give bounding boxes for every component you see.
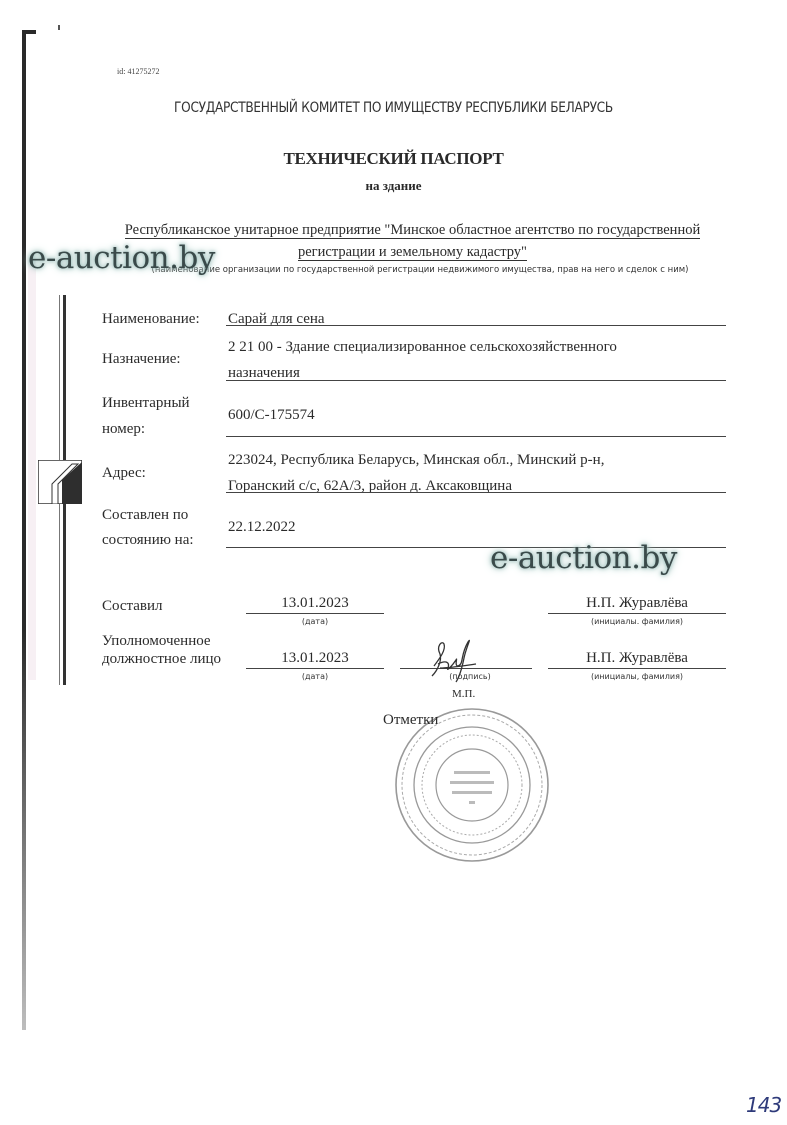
signature-caption: (подпись) [420,672,520,681]
document-id: id: 41275272 [117,67,159,76]
purpose-underline [226,380,726,381]
watermark: e-auction.by [490,540,677,576]
name-label: Наименование: [102,308,200,331]
organization-caption: (наименование организации по государстве… [140,265,700,275]
name-value: Сарай для сена [228,308,325,331]
address-label: Адрес: [102,462,146,485]
address-value-line-1: 223024, Республика Беларусь, Минская обл… [228,449,604,472]
authorized-name: Н.П. Журавлёва [548,650,726,667]
compiled-name-line [548,613,726,614]
scan-mark [58,25,60,30]
watermark: e-auction.by [28,240,215,276]
purpose-label: Назначение: [102,348,181,371]
compiled-label: Составил [102,595,163,618]
state-date-label-line-1: Составлен по [102,504,188,527]
page-number: 143 [746,1093,781,1117]
state-date-value: 22.12.2022 [228,516,296,539]
agency-logo-icon [38,460,82,504]
compiled-name-caption: (инициалы. фамилия) [548,617,726,626]
marks-label: Отметки [383,712,438,729]
authorized-date-line [246,668,384,669]
inventory-label-line-1: Инвентарный [102,392,190,415]
document-subtitle: на здание [0,178,787,194]
inventory-underline [226,436,726,437]
authorized-name-caption: (инициалы, фамилия) [548,672,726,681]
compiled-date: 13.01.2023 [246,595,384,612]
organization-text-2: регистрации и земельному кадастру" [298,244,527,261]
purpose-value-line-2: назначения [228,362,300,385]
committee-name: ГОСУДАРСТВЕННЫЙ КОМИТЕТ ПО ИМУЩЕСТВУ РЕС… [28,100,760,116]
official-seal-icon [392,705,552,865]
seal-label: М.П. [452,688,475,700]
organization-text-1: Республиканское унитарное предприятие "М… [125,222,700,239]
frame-border-top [22,30,36,34]
compiled-name: Н.П. Журавлёва [548,595,726,612]
authorized-date-caption: (дата) [246,672,384,681]
inventory-label-line-2: номер: [102,418,145,441]
authorized-name-line [548,668,726,669]
address-underline [226,492,726,493]
authorized-label-line-1: Уполномоченное [102,632,211,650]
compiled-date-line [246,613,384,614]
document-title: ТЕХНИЧЕСКИЙ ПАСПОРТ [0,149,787,169]
authorized-label-line-2: должностное лицо [102,650,221,668]
scan-artifact-band [28,260,36,680]
organization-line-1: Республиканское унитарное предприятие "М… [120,222,705,239]
state-date-label-line-2: состоянию на: [102,529,194,552]
name-underline [226,325,726,326]
purpose-value-line-1: 2 21 00 - Здание специализированное сель… [228,336,617,359]
authorized-date: 13.01.2023 [246,650,384,667]
compiled-date-caption: (дата) [246,617,384,626]
address-value-line-2: Горанский с/с, 62А/3, район д. Аксаковщи… [228,475,512,498]
inventory-value: 600/С-175574 [228,404,315,427]
